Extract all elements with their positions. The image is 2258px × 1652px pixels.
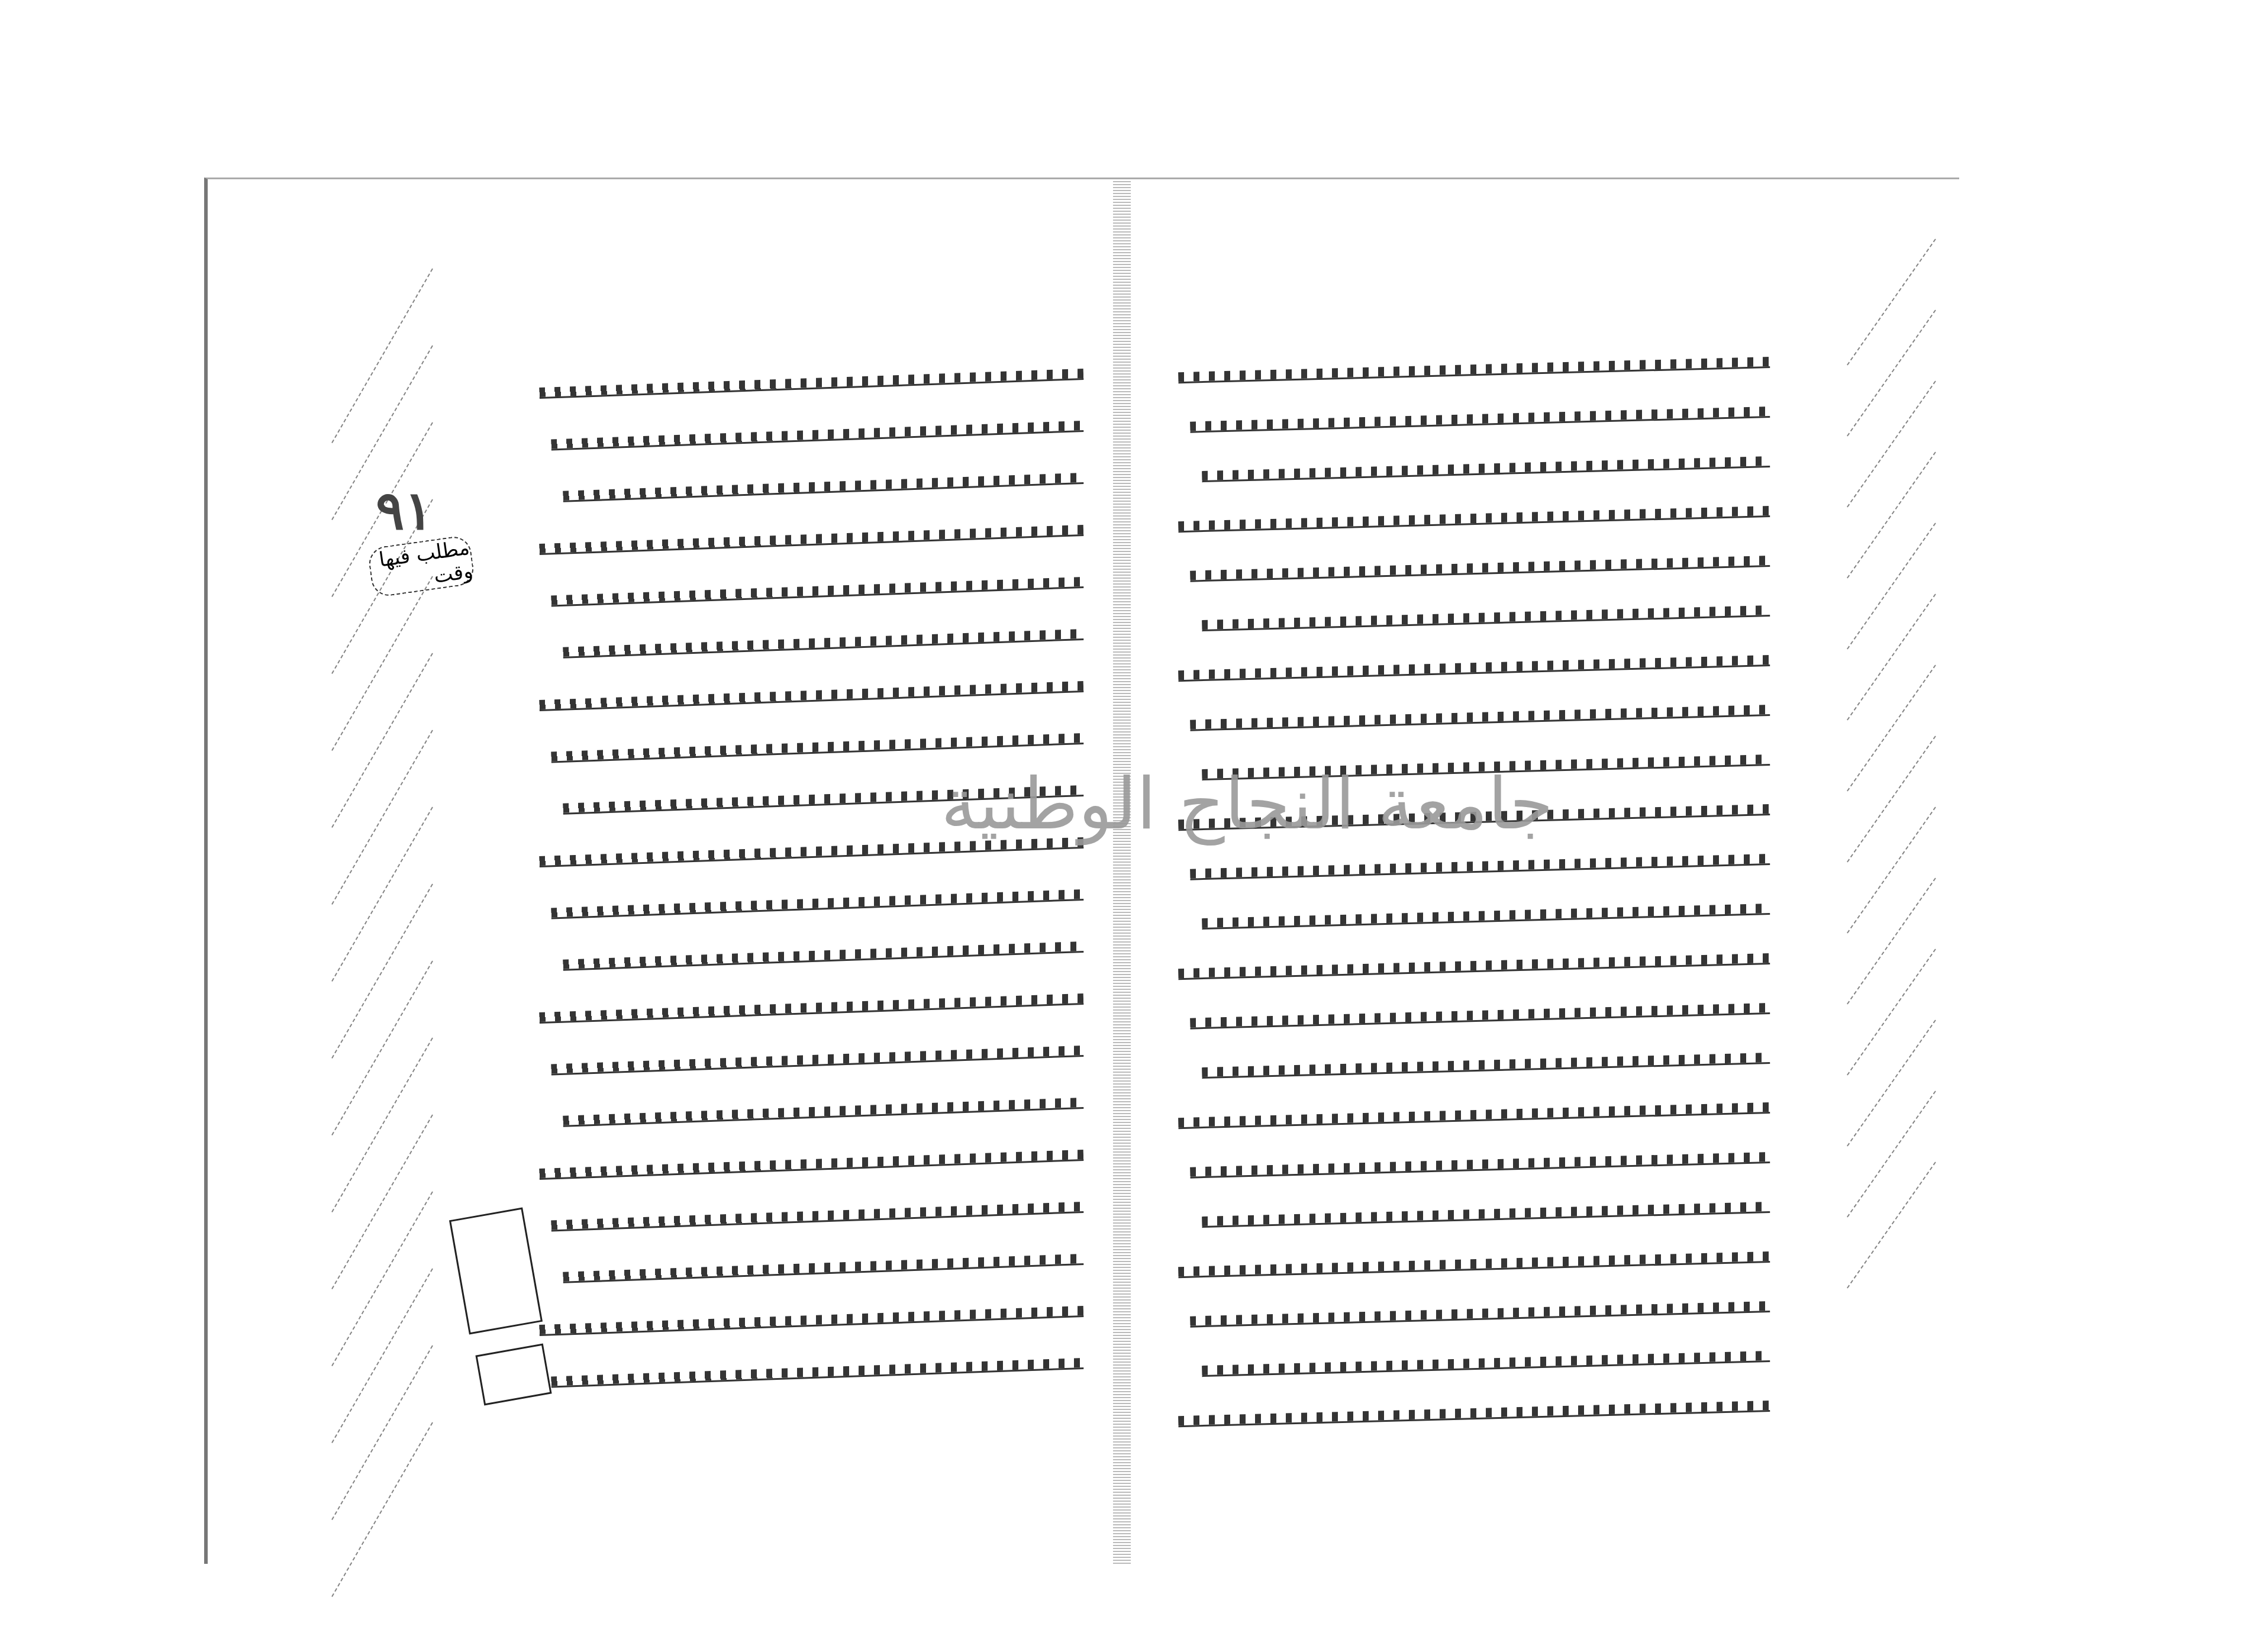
margin-annotation-line [1847,380,1936,507]
manuscript-text-line [1178,1102,1770,1129]
margin-annotation-line [1847,877,1936,1004]
manuscript-text-line [1202,1351,1770,1377]
manuscript-text-line [1190,1301,1770,1328]
page-number: ٩١ [376,479,433,542]
margin-annotation-line [331,1346,433,1520]
manuscript-text-line [1190,1003,1770,1030]
manuscript-text-line [563,1098,1083,1127]
manuscript-text-line [1202,1202,1770,1228]
margin-annotation-line [331,576,433,751]
manuscript-text-line [539,993,1083,1024]
manuscript-text-line [1178,655,1770,682]
margin-annotation-line [331,1269,433,1443]
margin-annotation-line [1847,309,1936,436]
manuscript-text-line [1178,357,1770,383]
manuscript-text-line [1178,953,1770,980]
margin-annotation-line [1847,522,1936,649]
margin-annotation-line [331,1422,433,1597]
manuscript-text-line [539,525,1083,555]
manuscript-text-line [1178,506,1770,533]
manuscript-text-line [563,473,1083,502]
margin-annotation-line [1847,1019,1936,1146]
manuscript-text-line [1202,1053,1770,1079]
manuscript-text-line [551,577,1083,606]
manuscript-text-line [539,1306,1083,1336]
manuscript-text-line [551,421,1083,450]
margin-annotation-line [331,1038,433,1212]
margin-annotation-line [1847,451,1936,578]
manuscript-text-line [551,733,1083,763]
manuscript-text-line [551,889,1083,919]
manuscript-text-line [539,681,1083,711]
margin-annotation-line [331,653,433,828]
margin-annotation-line [331,269,433,443]
open-book [204,178,1959,1564]
left-page [208,179,1114,1564]
manuscript-text-line [1190,406,1770,433]
margin-annotation-line [1847,948,1936,1075]
margin-annotation-line [331,1192,433,1366]
margin-annotation-line [331,807,433,982]
university-watermark: جامعة النجاح الوطنية [941,763,1553,846]
margin-annotation-line [331,1115,433,1289]
manuscript-text-line [1190,1152,1770,1179]
manuscript-text-line [551,1202,1083,1231]
manuscript-text-line [551,1046,1083,1075]
manuscript-text-line [1178,1251,1770,1278]
margin-annotation-line [1847,664,1936,791]
manuscript-text-line [563,629,1083,659]
margin-annotation-line [331,961,433,1135]
manuscript-text-line [1202,456,1770,482]
manuscript-text-line [1178,1401,1770,1427]
margin-annotation-line [1847,1161,1936,1288]
manuscript-text-line [1202,904,1770,930]
right-page [1131,179,1959,1564]
margin-annotation-line [1847,238,1936,365]
manuscript-scan: ٩١ مطلب فيها وقت جامعة النجاح الوطنية [0,0,2258,1652]
manuscript-text-line [539,369,1083,399]
margin-annotation-line [1847,1090,1936,1217]
manuscript-text-line [539,1150,1083,1180]
margin-annotation-line [331,730,433,905]
margin-annotation-line [1847,735,1936,862]
manuscript-text-line [1190,556,1770,582]
manuscript-text-line [1190,705,1770,731]
manuscript-text-line [563,941,1083,971]
margin-annotation-line [1847,806,1936,933]
manuscript-text-line [1202,605,1770,631]
manuscript-text-line [551,1358,1083,1388]
margin-annotation-line [331,884,433,1059]
margin-annotation-line [1847,593,1936,720]
manuscript-text-line [1190,854,1770,880]
manuscript-text-line [563,1254,1083,1283]
book-gutter [1113,179,1131,1564]
